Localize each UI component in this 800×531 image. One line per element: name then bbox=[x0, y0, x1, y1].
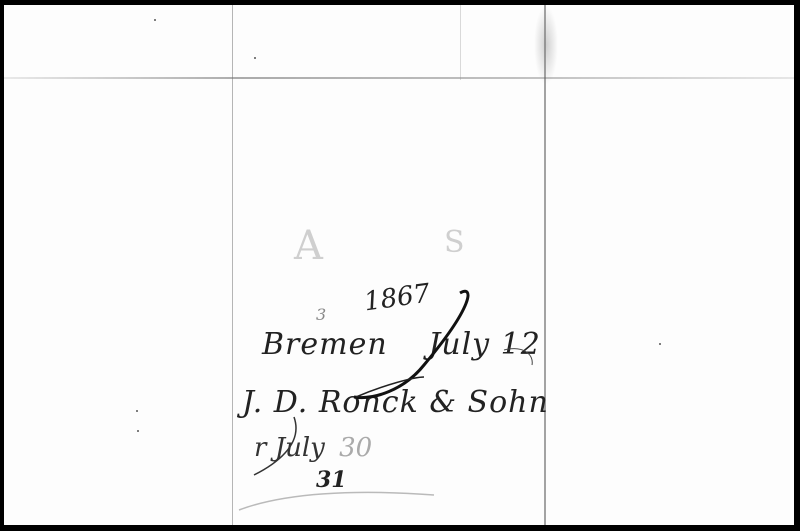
pen-flourishes bbox=[4, 5, 794, 525]
scanned-document-page: A S 1867 3 Bremen July 12 J. D. Ronck & … bbox=[4, 5, 794, 525]
